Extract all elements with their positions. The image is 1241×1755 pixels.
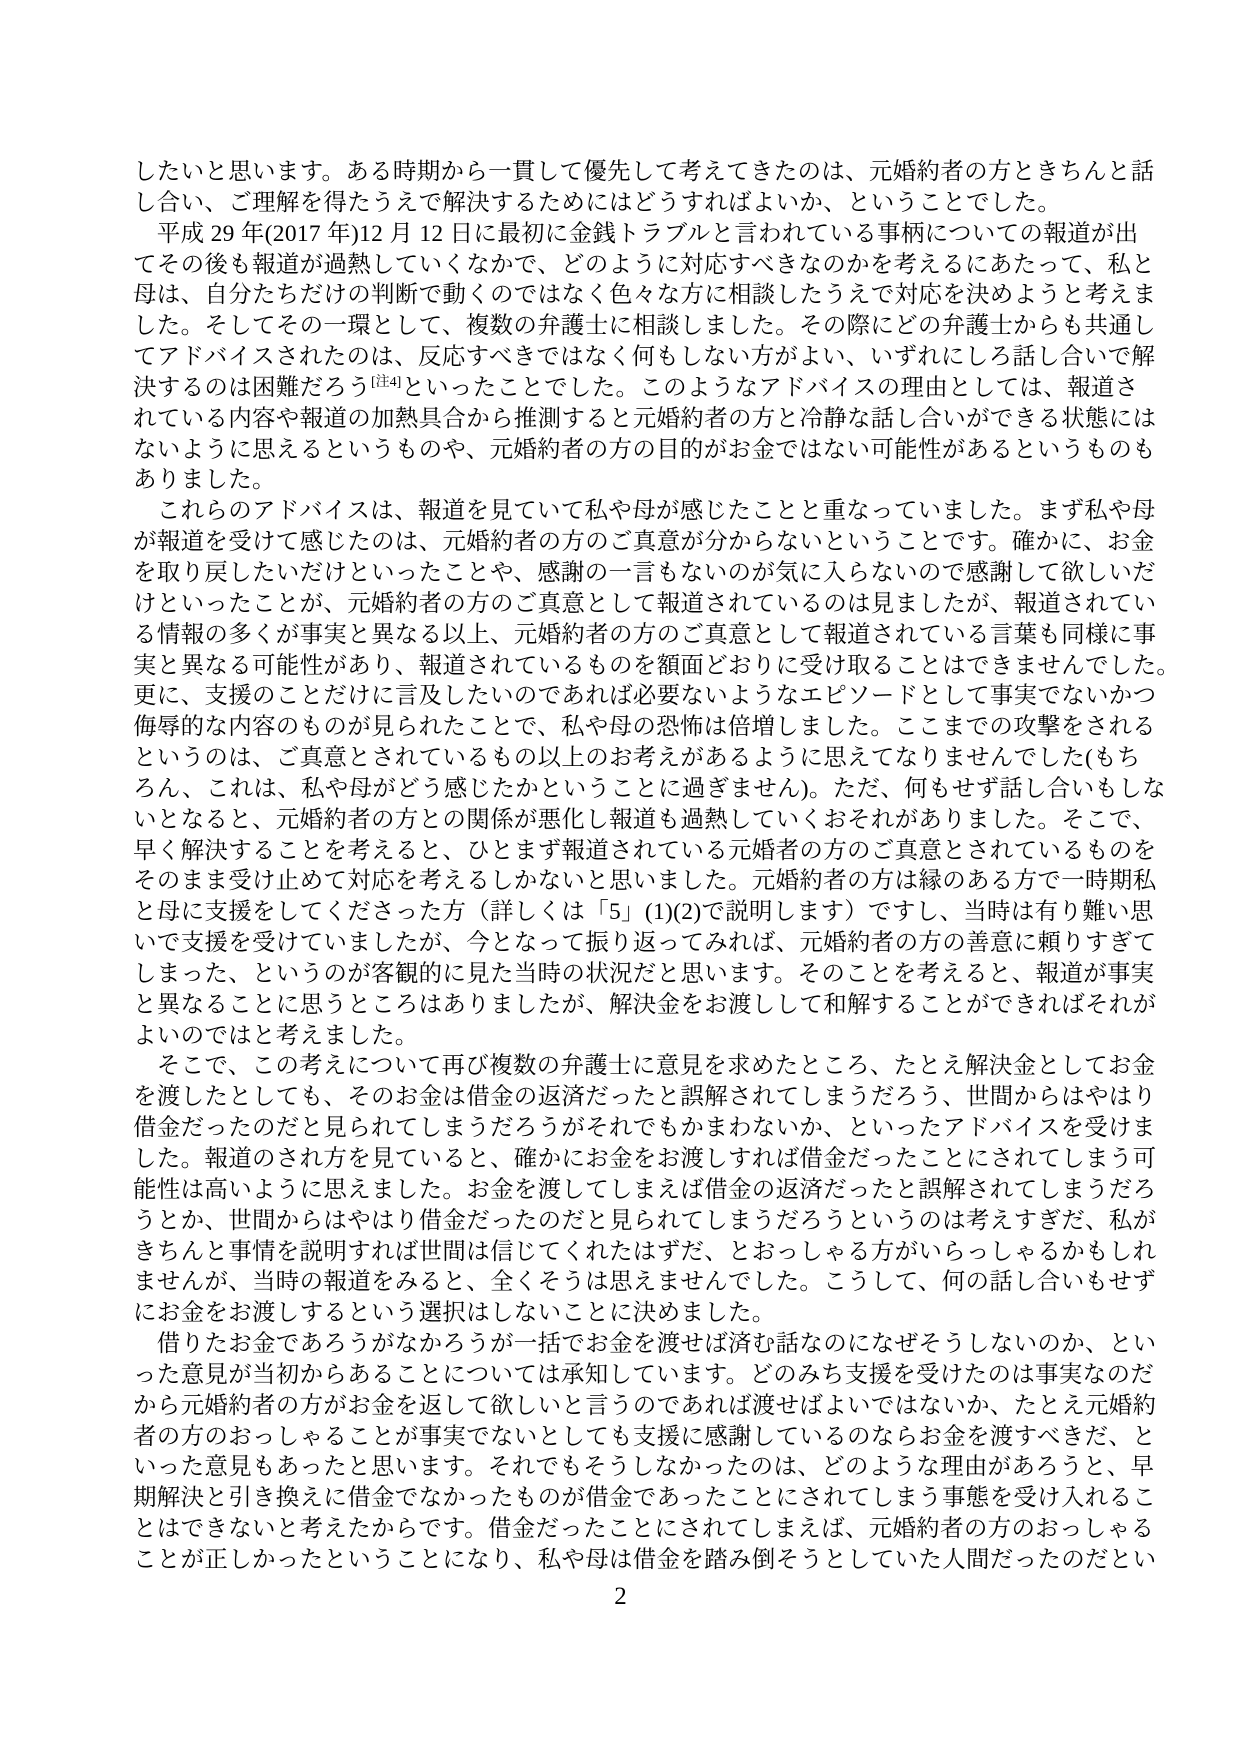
text-line: した。報道のされ方を見ていると、確かにお金をお渡しすれば借金だったことにされてし… xyxy=(133,1144,1115,1175)
text-line: よいのではと考えました。 xyxy=(133,1021,1115,1052)
text-line: てその後も報道が過熱していくなかで、どのように対応すべきなのかを考えるにあたって… xyxy=(133,250,1115,281)
text-line: 早く解決することを考えると、ひとまず報道されている元婚者の方のご真意とされている… xyxy=(133,836,1115,867)
text-line: を取り戻したいだけといったことや、感謝の一言もないのが気に入らないので感謝して欲… xyxy=(133,558,1115,589)
text-line: る情報の多くが事実と異なる以上、元婚約者の方のご真意として報道されている言葉も同… xyxy=(133,620,1115,651)
text-line: ありました。 xyxy=(133,465,1115,496)
text-line: 借りたお金であろうがなかろうが一括でお金を渡せば済む話なのになぜそうしないのか、… xyxy=(133,1329,1115,1360)
text-line: が報道を受けて感じたのは、元婚約者の方のご真意が分からないということです。確かに… xyxy=(133,527,1115,558)
document-page: したいと思います。ある時期から一貫して優先して考えてきたのは、元婚約者の方ときち… xyxy=(0,0,1241,1755)
text-line: 者の方のおっしゃることが事実でないとしても支援に感謝しているのならお金を渡すべき… xyxy=(133,1422,1115,1453)
text-line: きちんと事情を説明すれば世間は信じてくれたはずだ、とおっしゃる方がいらっしゃるか… xyxy=(133,1237,1115,1268)
text-line: 能性は高いように思えました。お金を渡してしまえば借金の返済だったと誤解されてしま… xyxy=(133,1175,1115,1206)
text-line: から元婚約者の方がお金を返して欲しいと言うのであれば渡せばよいではないか、たとえ… xyxy=(133,1391,1115,1422)
text-line: とはできないと考えたからです。借金だったことにされてしまえば、元婚約者の方のおっ… xyxy=(133,1514,1115,1545)
text-line: ろん、これは、私や母がどう感じたかということに過ぎません)。ただ、何もせず話し合… xyxy=(133,774,1115,805)
text-line: いった意見もあったと思います。それでもそうしなかったのは、どのような理由があろう… xyxy=(133,1452,1115,1483)
text-line: したいと思います。ある時期から一貫して優先して考えてきたのは、元婚約者の方ときち… xyxy=(133,157,1115,188)
text-line: 侮辱的な内容のものが見られたことで、私や母の恐怖は倍増しました。ここまでの攻撃を… xyxy=(133,712,1115,743)
text-line: 母は、自分たちだけの判断で動くのではなく色々な方に相談したうえで対応を決めようと… xyxy=(133,280,1115,311)
text-line: れている内容や報道の加熱具合から推測すると元婚約者の方と冷静な話し合いができる状… xyxy=(133,404,1115,435)
text-line: と母に支援をしてくださった方（詳しくは「5」(1)(2)で説明します）ですし、当… xyxy=(133,897,1115,928)
text-line: けといったことが、元婚約者の方のご真意として報道されているのは見ましたが、報道さ… xyxy=(133,589,1115,620)
text-line: ないように思えるというものや、元婚約者の方の目的がお金ではない可能性があるという… xyxy=(133,435,1115,466)
text-line: った意見が当初からあることについては承知しています。どのみち支援を受けたのは事実… xyxy=(133,1360,1115,1391)
text-line: これらのアドバイスは、報道を見ていて私や母が感じたことと重なっていました。まず私… xyxy=(133,496,1115,527)
text-line: した。そしてその一環として、複数の弁護士に相談しました。その際にどの弁護士からも… xyxy=(133,311,1115,342)
text-line: うとか、世間からはやはり借金だったのだと見られてしまうだろうというのは考えすぎだ… xyxy=(133,1206,1115,1237)
text-line: し合い、ご理解を得たうえで解決するためにはどうすればよいか、ということでした。 xyxy=(133,188,1115,219)
text-line: てアドバイスされたのは、反応すべきではなく何もしない方がよい、いずれにしろ話し合… xyxy=(133,342,1115,373)
text-line: と異なることに思うところはありましたが、解決金をお渡しして和解することができれば… xyxy=(133,990,1115,1021)
page-number: 2 xyxy=(0,1583,1241,1611)
text-line: いとなると、元婚約者の方との関係が悪化し報道も過熱していくおそれがありました。そ… xyxy=(133,805,1115,836)
text-line: にお金をお渡しするという選択はしないことに決めました。 xyxy=(133,1298,1115,1329)
text-line: 期解決と引き換えに借金でなかったものが借金であったことにされてしまう事態を受け入… xyxy=(133,1483,1115,1514)
text-line: いで支援を受けていましたが、今となって振り返ってみれば、元婚約者の方の善意に頼り… xyxy=(133,928,1115,959)
text-line: を渡したとしても、そのお金は借金の返済だったと誤解されてしまうだろう、世間からは… xyxy=(133,1082,1115,1113)
text-line: 借金だったのだと見られてしまうだろうがそれでもかまわないか、といったアドバイスを… xyxy=(133,1113,1115,1144)
text-line: ことが正しかったということになり、私や母は借金を踏み倒そうとしていた人間だったの… xyxy=(133,1545,1115,1576)
footnote-ref-note4: [注4] xyxy=(371,375,401,390)
text-line: 更に、支援のことだけに言及したいのであれば必要ないようなエピソードとして事実でな… xyxy=(133,681,1115,712)
text-line: 決するのは困難だろう[注4]といったことでした。このようなアドバイスの理由として… xyxy=(133,373,1115,404)
text-line: 平成 29 年(2017 年)12 月 12 日に最初に金銭トラブルと言われてい… xyxy=(133,219,1115,250)
text-line: ませんが、当時の報道をみると、全くそうは思えませんでした。こうして、何の話し合い… xyxy=(133,1267,1115,1298)
text-line: そこで、この考えについて再び複数の弁護士に意見を求めたところ、たとえ解決金として… xyxy=(133,1051,1115,1082)
text-line: というのは、ご真意とされているもの以上のお考えがあるように思えてなりませんでした… xyxy=(133,743,1115,774)
text-line: しまった、というのが客観的に見た当時の状況だと思います。そのことを考えると、報道… xyxy=(133,959,1115,990)
text-line: そのまま受け止めて対応を考えるしかないと思いました。元婚約者の方は縁のある方で一… xyxy=(133,866,1115,897)
document-body-text: したいと思います。ある時期から一貫して優先して考えてきたのは、元婚約者の方ときち… xyxy=(133,157,1115,1576)
text-line: 実と異なる可能性があり、報道されているものを額面どおりに受け取ることはできません… xyxy=(133,651,1115,682)
